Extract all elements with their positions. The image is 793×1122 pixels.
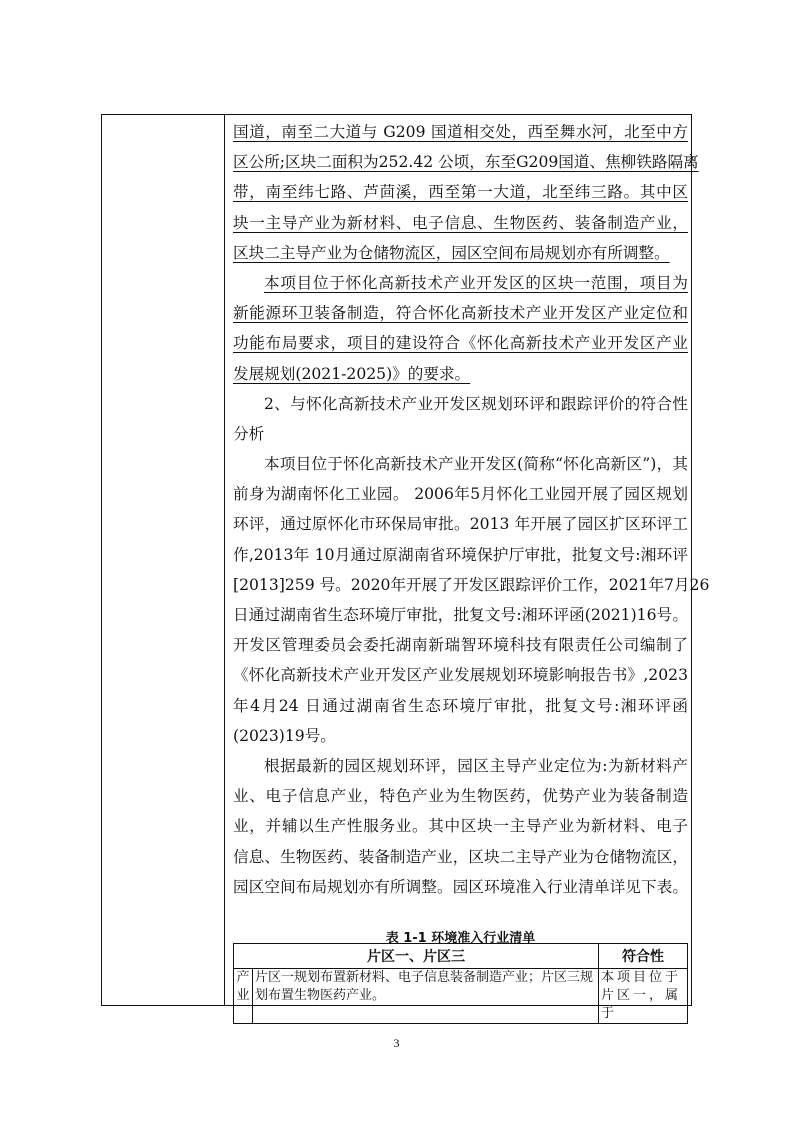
- text-line: (2023)19号。: [233, 721, 688, 751]
- text-line: 发展规划(2021-2025)》的要求。: [233, 365, 470, 383]
- text-line: 带，南至纬七路、芦茴溪，西至第一大道，北至纬三路。其中区: [233, 177, 688, 207]
- text-line: 信息、生物医药、装备制造产业，区块二主导产业为仓储物流区，: [233, 842, 688, 872]
- text-line: 功能布局要求，项目的建设符合《怀化高新技术产业开发区产业: [233, 328, 688, 358]
- text-line: 本项目位于怀化高新技术产业开发区的区块一范围，项目为: [233, 268, 688, 298]
- cell-compliance: 本项目位于片区一，属于: [599, 969, 688, 1024]
- text-line: 区块二主导产业为仓储物流区，园区空间布局规划亦有所调整。: [233, 238, 688, 268]
- header-zone: 片区一、片区三: [234, 944, 599, 969]
- text-line: 根据最新的园区规划环评，园区主导产业定位为:为新材料产: [233, 751, 688, 781]
- text-line: 区公所;区块二面积为252.42 公顷，东至G209国道、焦柳铁路隔离: [233, 147, 688, 177]
- text-line: [2013]259 号。2020年开展了开发区跟踪评价工作，2021年7月26: [233, 570, 688, 600]
- text-line: 前身为湖南怀化工业园。 2006年5月怀化工业园开展了园区规划: [233, 479, 688, 509]
- text-line: 年4月24 日通过湖南省生态环境厅审批，批复文号:湘环评函: [233, 691, 688, 721]
- text-line: 园区空间布局规划亦有所调整。园区环境准入行业清单详见下表。: [233, 872, 688, 902]
- cell-category: 产业: [234, 969, 253, 1024]
- text-line: 日通过湖南省生态环境厅审批，批复文号:湘环评函(2021)16号。: [233, 600, 688, 630]
- analysis-content: 国道，南至二大道与 G209 国道相交处，西至舞水河，北至中方 区公所;区块二面…: [233, 117, 688, 902]
- text-line: 作,2013年 10月通过原湖南省环境保护厅审批，批复文号:湘环评: [233, 540, 688, 570]
- outer-table: 国道，南至二大道与 G209 国道相交处，西至舞水河，北至中方 区公所;区块二面…: [101, 114, 692, 1006]
- table-header-row: 片区一、片区三 符合性: [234, 944, 688, 969]
- section-heading: 2、与怀化高新技术产业开发区规划环评和跟踪评价的符合性: [233, 389, 688, 419]
- text-line: 《怀化高新技术产业开发区产业发展规划环境影响报告书》,2023: [233, 660, 688, 690]
- industry-access-table: 片区一、片区三 符合性 产业 片区一规划布置新材料、电子信息装备制造产业；片区三…: [233, 943, 688, 1024]
- section-heading: 分析: [233, 419, 688, 449]
- text-line: 块一主导产业为新材料、电子信息、生物医药、装备制造产业，: [233, 208, 688, 238]
- cell-content: 片区一规划布置新材料、电子信息装备制造产业；片区三规划布置生物医药产业。: [253, 969, 599, 1024]
- text-line: 国道，南至二大道与 G209 国道相交处，西至舞水河，北至中方: [233, 117, 688, 147]
- column-divider: [224, 115, 225, 1005]
- text-line: 新能源环卫装备制造，符合怀化高新技术产业开发区产业定位和: [233, 298, 688, 328]
- table-row: 产业 片区一规划布置新材料、电子信息装备制造产业；片区三规划布置生物医药产业。 …: [234, 969, 688, 1024]
- text-line: 本项目位于怀化高新技术产业开发区(简称“怀化高新区”)，其: [233, 449, 688, 479]
- header-compliance: 符合性: [599, 944, 688, 969]
- page-number: 3: [0, 1036, 793, 1051]
- text-line: 环评，通过原怀化市环保局审批。2013 年开展了园区扩区环评工: [233, 509, 688, 539]
- text-line: 开发区管理委员会委托湖南新瑞智环境科技有限责任公司编制了: [233, 630, 688, 660]
- text-line: 业、电子信息产业，特色产业为生物医药，优势产业为装备制造: [233, 781, 688, 811]
- text-line: 业，并辅以生产性服务业。其中区块一主导产业为新材料、电子: [233, 811, 688, 841]
